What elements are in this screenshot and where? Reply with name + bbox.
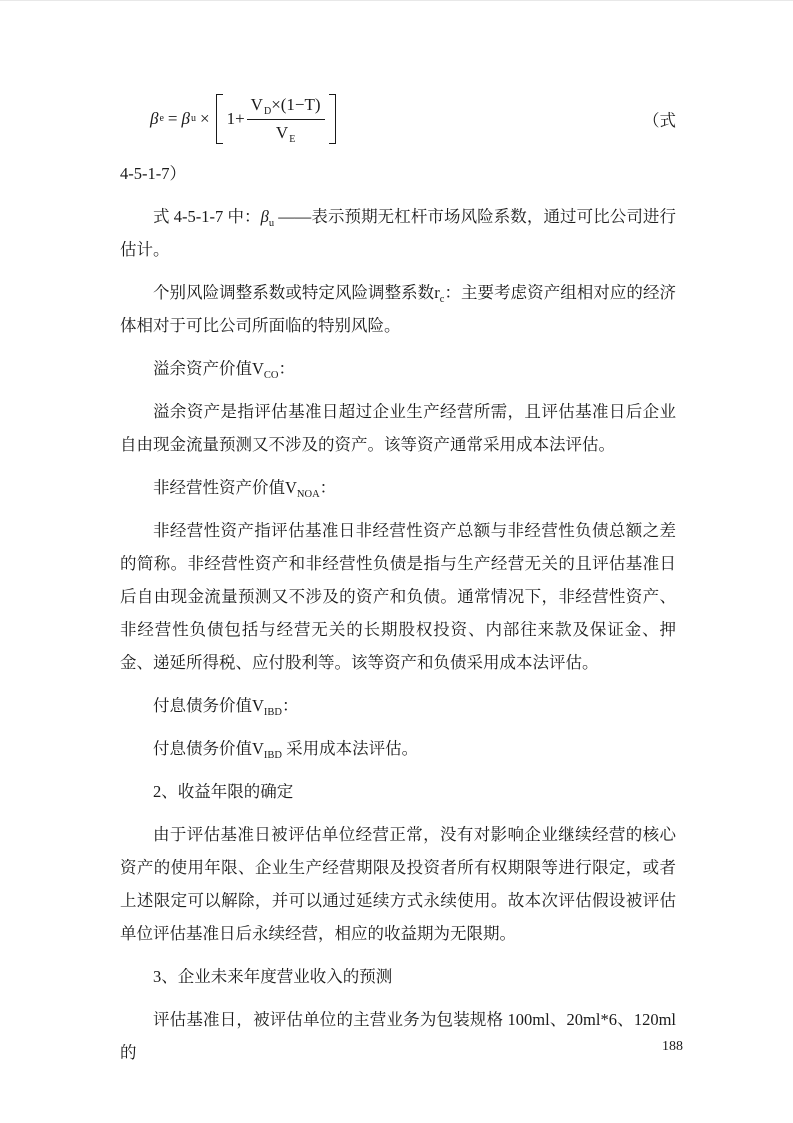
text-run: 式 4-5-1-7 中： [153, 207, 261, 226]
heading-income-period: 2、收益年限的确定 [120, 775, 676, 808]
heading-surplus-asset-value: 溢余资产价值VCO： [120, 352, 676, 385]
heading-non-operating-asset-value: 非经营性资产价值VNOA： [120, 471, 676, 504]
para-interest-bearing-debt-method: 付息债务价值VIBD 采用成本法评估。 [120, 732, 676, 765]
para-income-period: 由于评估基准日被评估单位经营正常，没有对影响企业继续经营的核心资产的使用年限、企… [120, 818, 676, 950]
text-run: 采用成本法评估。 [282, 739, 418, 758]
equation-4-5-1-7: βe = βu × 1+ VD×(1−T) VE （式 4-5-1-7） [120, 87, 676, 190]
right-bracket [329, 94, 336, 145]
one-plus-term: 1+ [227, 109, 245, 129]
text-run: 3、企业未来年度营业收入的预测 [153, 967, 392, 986]
text-run: β [261, 207, 269, 226]
text-run: V [252, 359, 264, 378]
subscript: CO [264, 370, 279, 381]
text-run: 非经营性资产价值 [153, 478, 285, 497]
subscript: IBD [264, 750, 282, 761]
heading-interest-bearing-debt-value: 付息债务价值VIBD： [120, 689, 676, 722]
subscript: NOA [297, 489, 320, 500]
equation-label-open: （式 [643, 107, 676, 131]
heading-revenue-forecast: 3、企业未来年度营业收入的预测 [120, 960, 676, 993]
v-symbol: V [251, 95, 263, 114]
fraction-numerator: VD×(1−T) [247, 94, 325, 120]
text-run: 由于评估基准日被评估单位经营正常，没有对影响企业继续经营的核心资产的使用年限、企… [120, 825, 676, 943]
text-run: ： [279, 359, 296, 378]
page-number: 188 [662, 1039, 683, 1055]
beta-u-symbol: β [182, 109, 190, 129]
v-symbol: V [276, 123, 288, 142]
document-page: βe = βu × 1+ VD×(1−T) VE （式 4-5-1-7） 式 4… [0, 0, 793, 1123]
beta-e-symbol: β [150, 109, 158, 129]
text-run: ： [282, 696, 299, 715]
para-surplus-asset-definition: 溢余资产是指评估基准日超过企业生产经营所需，且评估基准日后企业自由现金流量预测又… [120, 395, 676, 461]
para-revenue-forecast: 评估基准日，被评估单位的主营业务为包装规格 100ml、20ml*6、120ml… [120, 1003, 676, 1069]
v-e-subscript: E [289, 134, 295, 145]
beta-levered-formula: βe = βu × 1+ VD×(1−T) VE [150, 94, 336, 145]
page-content: βe = βu × 1+ VD×(1−T) VE （式 4-5-1-7） 式 4… [120, 87, 676, 1079]
text-run: ： [320, 478, 337, 497]
fraction-denominator: VE [276, 120, 295, 145]
fraction: VD×(1−T) VE [247, 94, 325, 145]
text-run: 付息债务价值 [153, 739, 252, 758]
numerator-tail: ×(1−T) [271, 95, 320, 114]
text-run: 2、收益年限的确定 [153, 782, 293, 801]
left-bracket [216, 94, 223, 145]
text-run: 非经营性资产指评估基准日非经营性资产总额与非经营性负债总额之差的简称。非经营性资… [120, 521, 676, 672]
document-body: 式 4-5-1-7 中：βu ——表示预期无杠杆市场风险系数，通过可比公司进行估… [120, 200, 676, 1069]
para-non-operating-asset-definition: 非经营性资产指评估基准日非经营性资产总额与非经营性负债总额之差的简称。非经营性资… [120, 514, 676, 679]
equals-sign: = [164, 109, 182, 129]
text-run: 评估基准日，被评估单位的主营业务为包装规格 100ml、20ml*6、120ml… [120, 1010, 676, 1062]
text-run: V [252, 696, 264, 715]
subscript: IBD [264, 707, 282, 718]
multiplication-sign: × [196, 109, 214, 129]
text-run: 溢余资产价值 [153, 359, 252, 378]
text-run: 溢余资产是指评估基准日超过企业生产经营所需，且评估基准日后企业自由现金流量预测又… [120, 402, 676, 454]
text-run: 个别风险调整系数或特定风险调整系数 [153, 283, 434, 302]
text-run: V [285, 478, 297, 497]
text-run: V [252, 739, 264, 758]
equation-label-number: 4-5-1-7） [120, 157, 676, 190]
formula-row: βe = βu × 1+ VD×(1−T) VE （式 [120, 87, 676, 151]
para-specific-risk-coefficient: 个别风险调整系数或特定风险调整系数rc：主要考虑资产组相对应的经济体相对于可比公… [120, 276, 676, 342]
para-beta-u-definition: 式 4-5-1-7 中：βu ——表示预期无杠杆市场风险系数，通过可比公司进行估… [120, 200, 676, 266]
text-run: 付息债务价值 [153, 696, 252, 715]
